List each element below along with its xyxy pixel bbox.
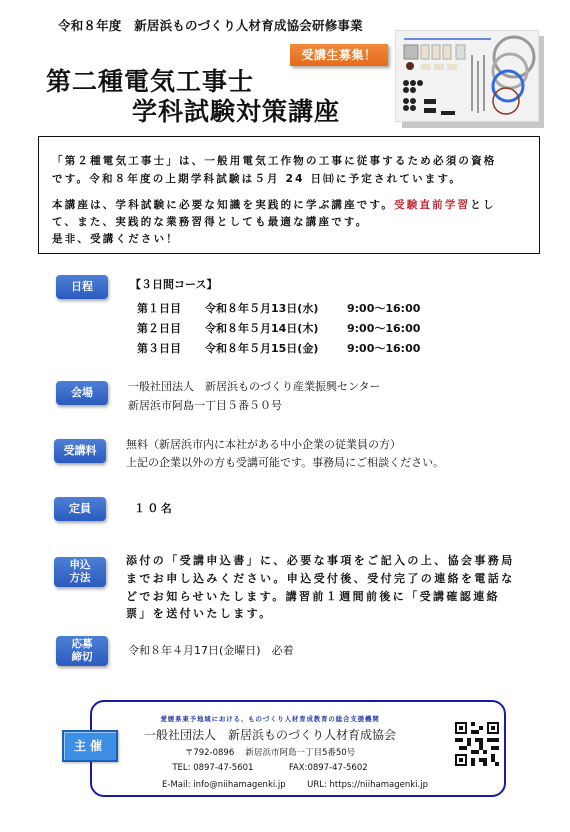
intro-paragraph1-line1: 「第２種電気工事士」は、一般用電気工作物の工事に従事するため必須の資格 [52,153,532,170]
schedule-date: 令和８年５月13日(水) [205,300,347,317]
application-line3: どでお知らせいたします。講習前１週間前後に「受講確認連絡 [126,588,500,605]
kit-photo [395,30,539,122]
capacity-value: １０名 [134,500,174,517]
intro-text: とし [470,199,495,211]
schedule-date: 令和８年５月14日(木) [205,320,347,337]
schedule-label: 日程 [56,275,108,299]
venue-label: 会場 [56,381,108,405]
schedule-row: 第３日目 令和８年５月15日(金) 9:00～16:00 [137,340,420,357]
schedule-row: 第２日目 令和８年５月14日(木) 9:00～16:00 [137,320,420,337]
deadline-label-line2: 締切 [56,651,108,664]
deadline-value: 令和８年４月17日(金曜日) 必着 [128,642,294,659]
schedule-day: 第３日目 [137,340,205,357]
host-tel: TEL: 0897-47-5601 [172,763,253,773]
venue-line2: 新居浜市阿島一丁目５番５０号 [128,397,282,414]
schedule-day: 第２日目 [137,320,205,337]
host-org-name: 一般社団法人 新居浜ものづくり人材育成協会 [100,726,440,743]
application-line1: 添付の「受講申込書」に、必要な事項をご記入の上、協会事務局 [126,552,515,569]
application-label: 申込 方法 [54,557,106,587]
schedule-table: 第１日目 令和８年５月13日(水) 9:00～16:00 第２日目 令和８年５月… [137,300,420,357]
email-link[interactable]: info@niihamagenki.jp [193,780,285,790]
recruit-badge: 受講生募集！ [290,44,388,66]
url-link[interactable]: https://niihamagenki.jp [330,780,428,790]
electrical-kit-illustration [396,31,538,121]
intro-paragraph2-line3: 是非、受講ください！ [52,231,532,248]
schedule-row: 第１日目 令和８年５月13日(水) 9:00～16:00 [137,300,420,317]
schedule-time: 9:00～16:00 [347,300,420,317]
host-address: 〒792-0896 新居浜市阿島一丁目5番50号 [100,746,440,758]
highlight-text: 受験直前学習 [394,199,470,211]
program-line: 令和８年度 新居浜ものづくり人材育成協会研修事業 [58,16,363,34]
intro-text: 本講座は、学科試験に必要な知識を実践的に学ぶ講座です。 [52,199,394,211]
schedule-course: 【３日間コース】 [130,276,217,293]
host-contact-phone: TEL: 0897-47-5601 FAX:0897-47-5602 [100,763,440,773]
host-contact-web: E-Mail: info@niihamagenki.jp URL: https:… [110,780,480,790]
application-line2: までお申し込みください。申込受付後、受付完了の連絡を電話な [126,570,515,587]
schedule-date: 令和８年５月15日(金) [205,340,347,357]
intro-paragraph2-line2: て、また、実践的な業務習得としても最適な講座です。 [52,214,532,231]
deadline-label: 応募 締切 [56,636,108,666]
intro-paragraph1-line2: です。令和８年度の上期学科試験は５月 24 日㈰に予定されています。 [52,171,532,188]
email-label: E-Mail: [162,780,191,790]
application-label-line2: 方法 [54,572,106,585]
venue-line1: 一般社団法人 新居浜ものづくり産業振興センター [128,378,381,395]
deadline-label-line1: 応募 [56,638,108,651]
schedule-time: 9:00～16:00 [347,340,420,357]
application-label-line1: 申込 [54,559,106,572]
url-label: URL: [307,780,327,790]
host-tagline: 愛媛県東予地域における、ものづくり人材育成教育の総合支援機関 [100,714,440,723]
intro-paragraph2-line1: 本講座は、学科試験に必要な知識を実践的に学ぶ講座です。受験直前学習とし [52,197,532,214]
qr-code-icon [455,722,499,766]
fee-line1: 無料（新居浜市内に本社がある中小企業の従業員の方） [126,436,401,453]
host-fax: FAX:0897-47-5602 [289,763,368,773]
page-title-line2: 学科試験対策講座 [132,92,340,128]
application-line4: 票」を送付いたします。 [126,605,273,622]
fee-label: 受講料 [54,439,106,463]
fee-line2: 上記の企業以外の方も受講可能です。事務局にご相談ください。 [126,454,444,471]
schedule-day: 第１日目 [137,300,205,317]
schedule-time: 9:00～16:00 [347,320,420,337]
capacity-label: 定員 [54,497,106,521]
qr-code[interactable] [455,722,499,766]
